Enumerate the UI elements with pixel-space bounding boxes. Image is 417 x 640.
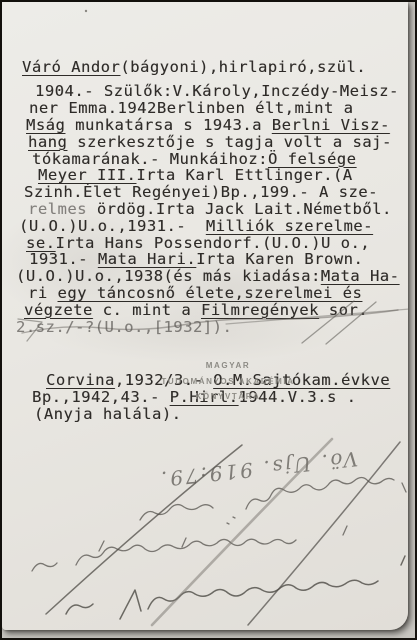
typed-segment: (U.O.)U.o.,1931.-	[19, 217, 206, 235]
paper-speck	[85, 10, 87, 12]
typed-line: se.Irta Hans Possendorf.(U.O.)U o.,	[2, 235, 402, 252]
typed-segment: tókamarának.- Munkáihoz:	[32, 150, 268, 168]
typed-line: 1931.- Mata Hari.Irta Karen Brown.	[2, 251, 402, 268]
pencil-scribble-line-3	[66, 556, 405, 619]
pencil-strike-1	[46, 445, 242, 614]
typed-segment: Irta Karl Ettlinger.(A	[136, 166, 352, 184]
typed-segment: sor.	[319, 301, 368, 319]
typed-segment: munkatársa s 1943.a	[65, 116, 271, 134]
typed-segment: (Anyja halála).	[34, 405, 181, 423]
typed-line: végzete c. mint a Filmregények sor.	[2, 302, 402, 319]
typed-line: relmes ördög.Irta Jack Lait.Németből.	[2, 201, 402, 218]
typed-segment: relmes	[28, 200, 97, 218]
typed-line: Meyer III.Irta Karl Ettlinger.(A	[2, 167, 402, 184]
photo-frame: Váró Andor(bágyoni),hirlapiró,szül.1904.…	[0, 0, 417, 640]
typed-line: ner Emma.1942Berlinben élt,mint a	[2, 100, 402, 117]
typed-segment: 1904.- Szülők:V.Károly,Inczédy-Meisz-	[35, 82, 399, 100]
typed-segment: hang	[28, 133, 67, 151]
typed-line: Szinh.Élet Regényei)Bp.,199.- A sze-	[2, 184, 402, 201]
pencil-scribble-line-1	[140, 478, 406, 525]
typed-segment: Mság	[26, 116, 65, 134]
stamp-line: MAGYAR	[58, 358, 398, 374]
typed-segment: Irta Karen Brown.	[196, 250, 363, 268]
typed-line: hang szerkesztője s tagja volt a saj-	[2, 134, 402, 151]
typed-segment: Váró Andor	[22, 58, 120, 76]
typed-segment: 1931.-	[29, 250, 98, 268]
pencil-scribble-line-2	[32, 526, 347, 571]
typed-segment: végzete	[24, 301, 93, 319]
typed-segment: Filmregények	[201, 301, 319, 319]
typed-line: (U.O.)U.o.,1931.- Milliók szerelme-	[2, 218, 402, 235]
typed-segment: ördög.Irta Jack Lait.Németből.	[97, 200, 392, 218]
typed-segment: ner Emma.1942Berlinben élt,mint a	[29, 99, 353, 117]
typed-line: (Anyja halála).	[2, 406, 402, 423]
typed-line: 2.sz./-?(U.o.,[1932]).	[2, 319, 402, 336]
pencil-strike-2	[152, 439, 332, 625]
typed-segment: (U.O.)U.o.,1938(és más kiadása:	[16, 267, 321, 285]
typed-segment: egy táncosnő élete,szerelmei és	[58, 284, 363, 302]
typed-segment: szerkesztője s tagja volt a saj-	[67, 133, 391, 151]
pencil-strike-3	[248, 442, 400, 625]
typed-line: 1904.- Szülők:V.Károly,Inczédy-Meisz-	[2, 83, 402, 100]
typed-segment: se.	[26, 234, 56, 252]
typed-segment: Mata Hari.	[98, 250, 196, 268]
typed-line: Mság munkatársa s 1943.a Berlni Visz-	[2, 117, 402, 134]
typed-segment: Mata Ha-	[321, 267, 400, 285]
typed-segment: Irta Hans Possendorf.(U.O.)U o.,	[56, 234, 371, 252]
typed-segment: 2.sz./-?(U.o.,[1932]).	[16, 318, 232, 336]
typed-segment: (bágyoni),hirlapiró,szül.	[120, 58, 366, 76]
typed-segment: ri	[28, 284, 58, 302]
stamp-line: TUDOMÁNYOS AKADÉMIA	[58, 374, 398, 390]
typed-paragraph-biography: Váró Andor(bágyoni),hirlapiró,szül.1904.…	[2, 59, 402, 336]
typed-segment: c. mint a	[93, 301, 201, 319]
typed-line: Váró Andor(bágyoni),hirlapiró,szül.	[2, 59, 402, 76]
library-stamp: MAGYAR TUDOMÁNYOS AKADÉMIA KÖNYVTÁRA	[58, 358, 398, 405]
stamp-line: KÖNYVTÁRA	[58, 389, 398, 405]
typed-segment: Berlni Visz-	[272, 116, 390, 134]
typed-line: tókamarának.- Munkáihoz:Ö felsége	[2, 151, 402, 168]
typed-segment: Ö felsége	[268, 150, 357, 168]
typed-line: ri egy táncosnő élete,szerelmei és	[2, 285, 402, 302]
typed-segment: Milliók szerelme-	[206, 217, 373, 235]
typed-line: (U.O.)U.o.,1938(és más kiadása:Mata Ha-	[2, 268, 402, 285]
typed-segment: Szinh.Élet Regényei)Bp.,199.- A sze-	[24, 183, 378, 201]
catalog-card: Váró Andor(bágyoni),hirlapiró,szül.1904.…	[2, 2, 408, 630]
typed-segment: Meyer III.	[38, 166, 136, 184]
